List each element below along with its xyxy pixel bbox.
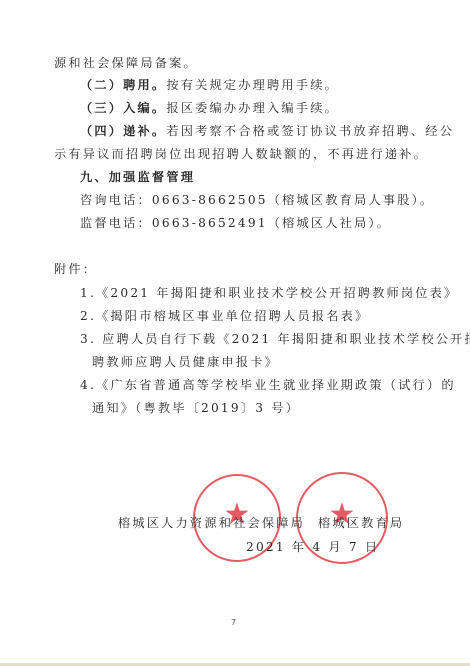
attachments-label: 附件：: [54, 262, 97, 276]
signature-date: 2021 年 4 月 7 日: [246, 540, 379, 554]
attachment-item: 3. 应聘人员自行下载《2021 年揭阳捷和职业技术学校公开招: [80, 332, 470, 346]
item-label: （四）递补。: [80, 124, 166, 138]
item-text: 若因考察不合格或签订协议书放弃招聘、经公: [166, 124, 454, 138]
attachment-item: 4.《广东省普通高等学校毕业生就业择业期政策（试行）的: [80, 378, 456, 392]
item-text: 按有关规定办理聘用手续。: [166, 78, 339, 92]
attachment-item-cont: 聘教师应聘人员健康申报卡》: [92, 355, 279, 369]
item-replacement: （四）递补。若因考察不合格或签订协议书放弃招聘、经公: [80, 124, 454, 138]
item-hiring: （二）聘用。按有关规定办理聘用手续。: [80, 78, 339, 92]
signature-org1: 榕城区人力资源和社会保障局: [118, 516, 305, 530]
item-replacement-cont: 示有异议而招聘岗位出现招聘人数缺额的，不再进行递补。: [54, 147, 428, 161]
item-text: 报区委编办办理入编手续。: [166, 101, 339, 115]
supervise-phone: 监督电话：0663-8652491（榕城区人社局）。: [80, 216, 391, 230]
consult-phone: 咨询电话：0663-8662505（榕城区教育局人事股）。: [80, 193, 434, 207]
attachment-item-cont: 通知》（粤教毕〔2019〕3 号）: [92, 401, 300, 415]
item-enrollment: （三）入编。报区委编办办理入编手续。: [80, 101, 339, 115]
attachment-item: 1.《2021 年揭阳捷和职业技术学校公开招聘教师岗位表》: [80, 286, 458, 300]
signature-org2: 榕城区教育局: [318, 516, 404, 530]
document-page: 源和社会保障局备案。 （二）聘用。按有关规定办理聘用手续。 （三）入编。报区委编…: [0, 0, 470, 666]
item-label: （三）入编。: [80, 101, 166, 115]
section-heading: 九、加强监督管理: [80, 170, 195, 184]
attachment-item: 2.《揭阳市榕城区事业单位招聘人员报名表》: [80, 309, 369, 323]
continued-line: 源和社会保障局备案。: [54, 56, 198, 70]
page-number: 7: [231, 618, 236, 627]
item-label: （二）聘用。: [80, 78, 166, 92]
